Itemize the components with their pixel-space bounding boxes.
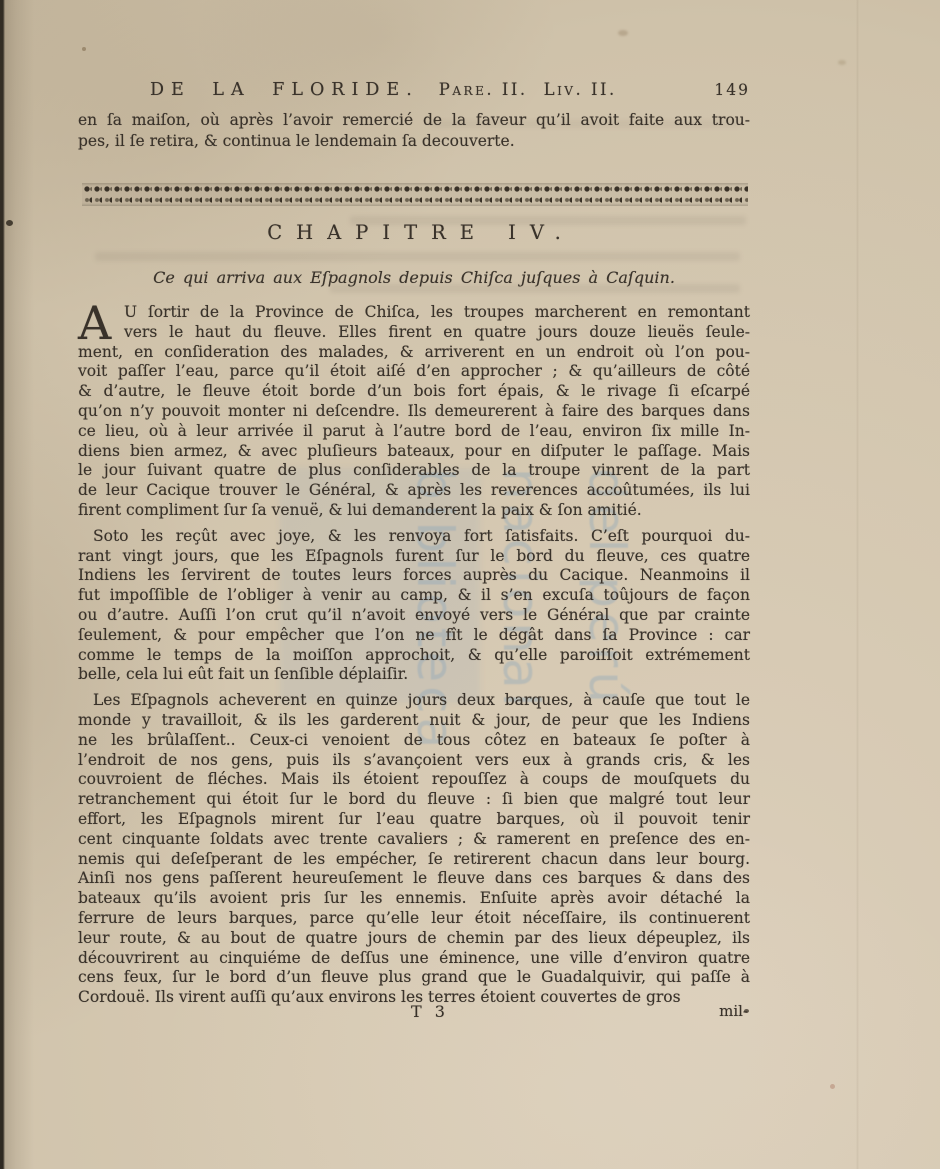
text-line: bateaux qu’ils avoient pris ſur les enne…	[78, 889, 750, 909]
paper-speck	[618, 30, 628, 36]
text-line: comme le temps de la moiſſon approchoit,…	[78, 646, 750, 666]
text-line: U ſortir de la Province de Chiſca, les t…	[78, 303, 750, 323]
header-part-label: Pare. II.	[439, 80, 528, 99]
text-line: qu’on n’y pouvoit monter ni deſcendre. I…	[78, 402, 750, 422]
text-line: ment, en conſideration des malades, & ar…	[78, 343, 750, 363]
paper-speck	[830, 1084, 835, 1089]
text-line: en ſa maiſon, où après l’avoir remercié …	[78, 110, 750, 131]
text-line: firent compliment ſur ſa venuë, & lui de…	[78, 501, 750, 521]
running-header: DE LA FLORIDE. Pare. II. Liv. II. 149	[78, 80, 750, 100]
text-line: de leur Cacique trouver le Général, & ap…	[78, 481, 750, 501]
text-line: découvrirent au cinquiéme de deſſus une …	[78, 949, 750, 969]
chapter-heading: CHAPITRE IV.	[78, 221, 750, 244]
chapter-subtitle: Ce qui arriva aux Eſpagnols depuis Chiſc…	[78, 268, 750, 287]
text-line: Soto les reçût avec joye, & les renvoya …	[78, 527, 750, 547]
text-line: Indiens les ſervirent de toutes leurs fo…	[78, 566, 750, 586]
text-line: leur route, & au bout de quatre jours de…	[78, 929, 750, 949]
text-line: voit paſſer l’eau, parce qu’il étoit aiſ…	[78, 362, 750, 382]
book-page-scan: { "header": { "title": "DE LA FLORIDE.",…	[0, 0, 940, 1169]
text-line: & d’autre, le fleuve étoit borde d’un bo…	[78, 382, 750, 402]
text-line: le jour ſuivant quatre de plus conſidera…	[78, 461, 750, 481]
signature-mark: T 3	[78, 1002, 750, 1021]
text-line: monde y travailloit, & ils les garderent…	[78, 711, 750, 731]
paragraph-2: Soto les reçût avec joye, & les renvoya …	[78, 527, 750, 685]
intro-paragraph: en ſa maiſon, où après l’avoir remercié …	[78, 110, 750, 152]
paper-speck	[82, 47, 86, 51]
text-line: l’endroit de nos gens, puis ils s’avanço…	[78, 751, 750, 771]
paper-speck	[744, 1009, 749, 1013]
text-line: cent cinquante ſoldats avec trente caval…	[78, 830, 750, 850]
paper-crease-line	[856, 0, 859, 1169]
text-line: couvroient de fléches. Mais ils étoient …	[78, 770, 750, 790]
text-line: ou d’autre. Auſſi l’on crut qu’il n’avoi…	[78, 606, 750, 626]
header-title: DE LA FLORIDE.	[150, 80, 419, 100]
text-line: ce lieu, où à leur arrivée il parut à l’…	[78, 422, 750, 442]
text-line: ne les brûlaſſent.. Ceux-ci venoient de …	[78, 731, 750, 751]
bleed-through-ghost	[95, 252, 740, 261]
text-line: fut impoſſible de l’obliger à venir au c…	[78, 586, 750, 606]
text-line: nemis qui deſeſperant de les empécher, ſ…	[78, 850, 750, 870]
text-line: cens feux, ſur le bord d’un fleuve plus …	[78, 968, 750, 988]
text-line: Les Eſpagnols acheverent en quinze jours…	[78, 691, 750, 711]
text-line: pes, il ſe retira, & continua le lendema…	[78, 131, 750, 152]
text-line: diens bien armez, & avec pluſieurs batea…	[78, 442, 750, 462]
text-line: belle, cela lui eût fait un ſenſible dép…	[78, 665, 750, 685]
text-line: rant vingt jours, que les Eſpagnols fure…	[78, 547, 750, 567]
drop-cap: A	[78, 305, 118, 342]
header-book-label: Liv. II.	[544, 80, 617, 99]
body-text: A U ſortir de la Province de Chiſca, les…	[78, 303, 750, 1008]
text-line: retranchement qui étoit ſur le bord du f…	[78, 790, 750, 810]
text-line: effort, les Eſpagnols mirent ſur l’eau q…	[78, 810, 750, 830]
ornament-band	[82, 183, 748, 206]
paragraph-1: A U ſortir de la Province de Chiſca, les…	[78, 303, 750, 521]
text-line: vers le haut du fleuve. Elles firent en …	[78, 323, 750, 343]
paper-speck	[838, 60, 846, 65]
text-line: ſeulement, & pour empêcher que l’on ne f…	[78, 626, 750, 646]
text-line: Ainſi nos gens paſſerent heureuſement le…	[78, 869, 750, 889]
paragraph-3: Les Eſpagnols acheverent en quinze jours…	[78, 691, 750, 1008]
page-number: 149	[714, 81, 750, 99]
paper-speck	[6, 220, 13, 226]
text-line: ferrure de leurs barques, parce qu’elle …	[78, 909, 750, 929]
